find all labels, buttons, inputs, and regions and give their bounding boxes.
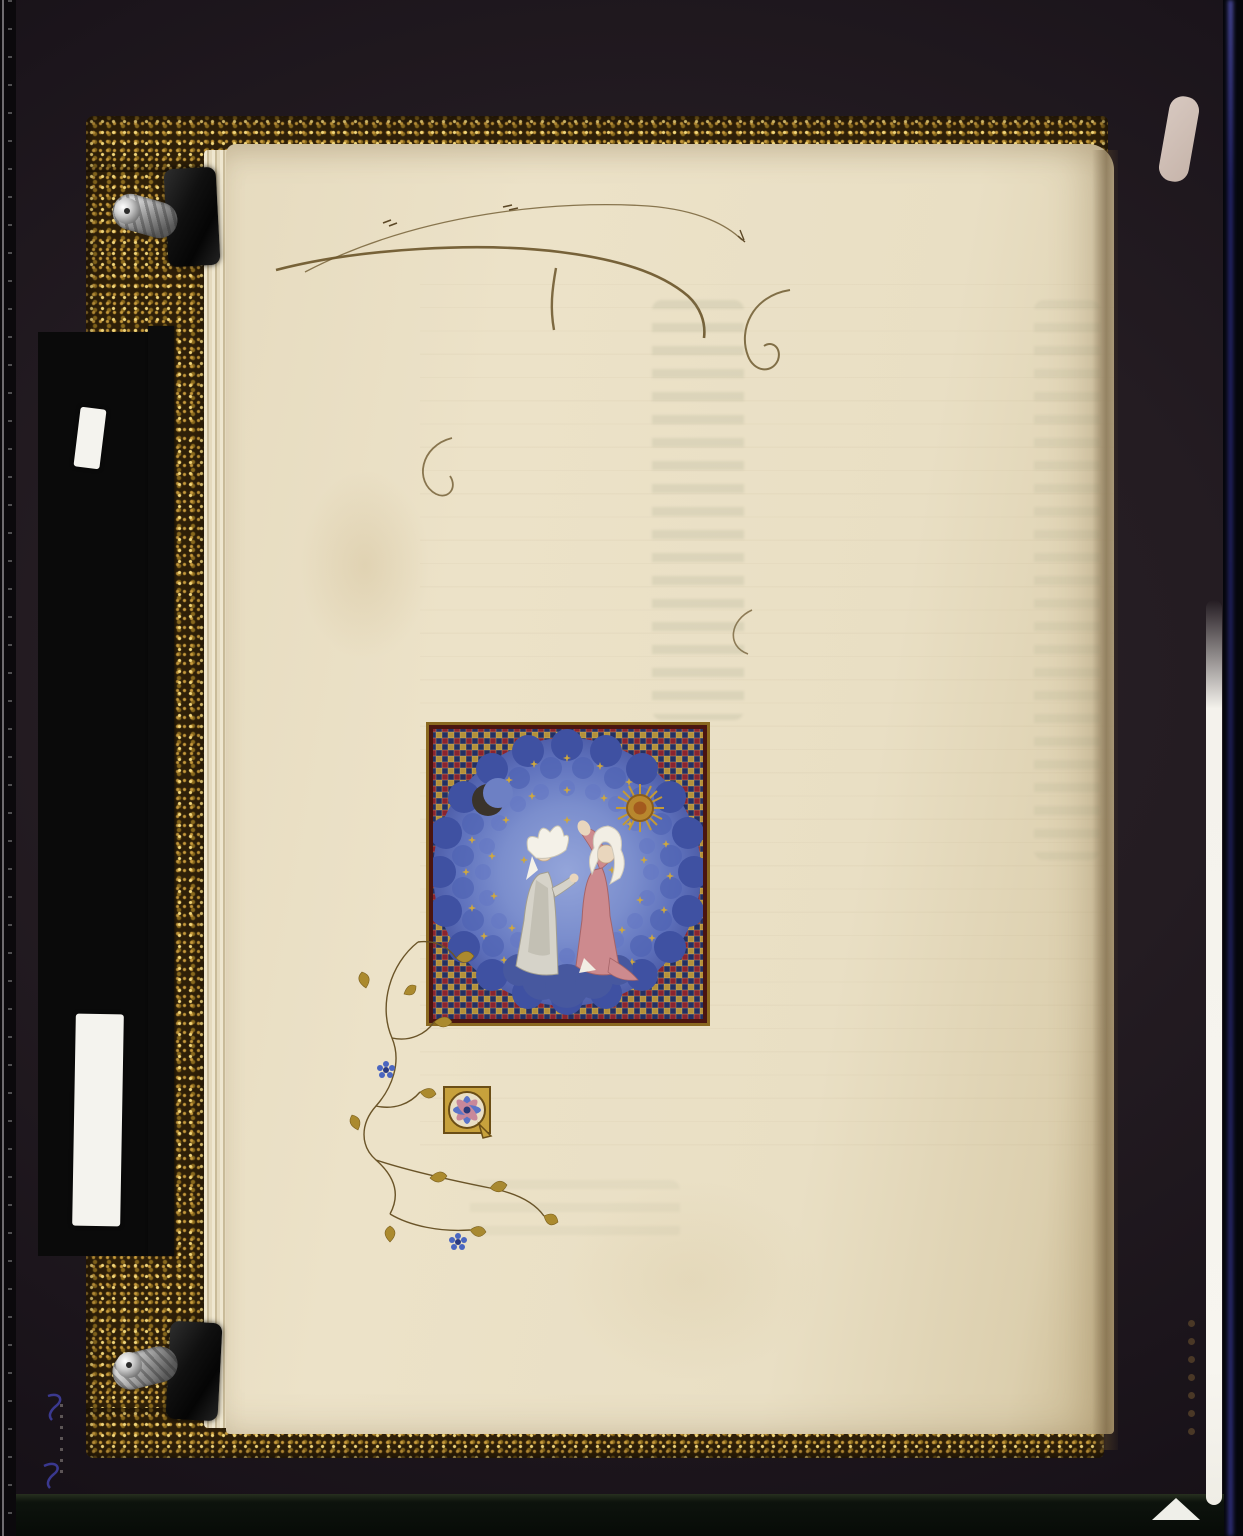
manuscript-photograph — [0, 0, 1243, 1536]
ruler — [148, 326, 174, 1256]
fore-edge-highlight — [1206, 600, 1222, 1505]
page-clip-bottom-pivot — [116, 1352, 142, 1378]
text-showthrough — [470, 1180, 680, 1240]
film-notch-mark — [1152, 1498, 1200, 1520]
film-edge-right — [1223, 0, 1243, 1536]
sewing-holes — [1188, 1320, 1198, 1450]
grayscale-strip — [124, 333, 148, 1008]
film-edge-left — [0, 0, 16, 1536]
blue-flowers — [377, 1061, 467, 1250]
thread-reflection — [34, 1390, 94, 1490]
page-clip-top-pivot — [114, 198, 140, 224]
faint-edge-code — [60, 1404, 63, 1474]
text-showthrough — [1034, 300, 1100, 860]
film-caption — [330, 1496, 730, 1522]
film-edge-glow — [1228, 0, 1233, 1536]
sun-icon — [616, 784, 664, 832]
facing-page[interactable] — [1104, 100, 1216, 1480]
shelfmark-label — [72, 1014, 124, 1227]
film-edge-line — [2, 0, 4, 1536]
film-edge-ticks — [8, 0, 12, 1536]
text-showthrough — [652, 300, 744, 720]
